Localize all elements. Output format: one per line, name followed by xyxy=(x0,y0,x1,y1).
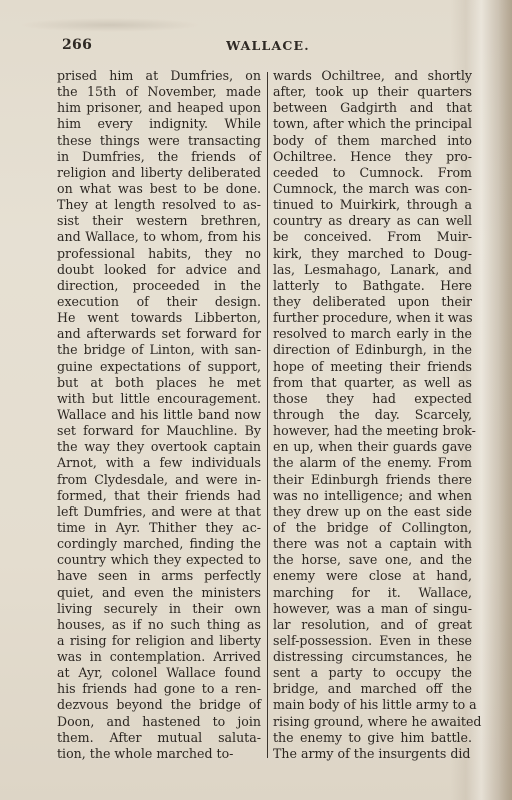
text-line: cordingly marched, finding the xyxy=(57,536,261,552)
text-line: there was not a captain with xyxy=(273,536,472,552)
text-line: The army of the insurgents did xyxy=(273,746,472,762)
text-line: rising ground, where he awaited xyxy=(273,714,472,730)
text-line: set forward for Mauchline. By xyxy=(57,423,261,439)
text-line: hope of meeting their friends xyxy=(273,359,472,375)
text-line: country which they expected to xyxy=(57,552,261,568)
text-line: living securely in their own xyxy=(57,601,261,617)
text-line: tinued to Muirkirk, through a xyxy=(273,197,472,213)
text-line: latterly to Bathgate. Here xyxy=(273,278,472,294)
text-line: self-possession. Even in these xyxy=(273,633,472,649)
text-line: wards Ochiltree, and shortly xyxy=(273,68,472,84)
text-line: through the day. Scarcely, xyxy=(273,407,472,423)
text-line: dezvous beyond the bridge of xyxy=(57,697,261,713)
text-line: the alarm of the enemy. From xyxy=(273,455,472,471)
text-line: religion and liberty deliberated xyxy=(57,165,261,181)
page-smudge xyxy=(20,18,200,32)
text-line: him every indignity. While xyxy=(57,116,261,132)
text-line: formed, that their friends had xyxy=(57,488,261,504)
column-divider xyxy=(267,72,268,758)
text-line: doubt looked for advice and xyxy=(57,262,261,278)
text-line: bridge, and marched off the xyxy=(273,681,472,697)
text-line: houses, as if no such thing as xyxy=(57,617,261,633)
text-line: from that quarter, as well as xyxy=(273,375,472,391)
text-line: but at both places he met xyxy=(57,375,261,391)
text-line: sist their western brethren, xyxy=(57,213,261,229)
text-line: they drew up on the east side xyxy=(273,504,472,520)
text-line: the enemy to give him battle. xyxy=(273,730,472,746)
text-line: the way they overtook captain xyxy=(57,439,261,455)
text-line: the 15th of November, made xyxy=(57,84,261,100)
text-line: main body of his little army to a xyxy=(273,697,472,713)
text-line: marching for it. Wallace, xyxy=(273,585,472,601)
text-line: was no intelligence; and when xyxy=(273,488,472,504)
text-line: professional habits, they no xyxy=(57,246,261,262)
text-line: body of them marched into xyxy=(273,133,472,149)
page-header: 266 WALLACE. xyxy=(62,37,474,57)
text-line: between Gadgirth and that xyxy=(273,100,472,116)
text-line: tion, the whole marched to- xyxy=(57,746,261,762)
text-line: these things were transacting xyxy=(57,133,261,149)
text-line: enemy were close at hand, xyxy=(273,568,472,584)
text-line: left Dumfries, and were at that xyxy=(57,504,261,520)
running-title: WALLACE. xyxy=(62,38,474,53)
text-line: quiet, and even the ministers xyxy=(57,585,261,601)
text-line: country as dreary as can well xyxy=(273,213,472,229)
text-line: on what was best to be done. xyxy=(57,181,261,197)
text-line: They at length resolved to as- xyxy=(57,197,261,213)
text-line: Ochiltree. Hence they pro- xyxy=(273,149,472,165)
text-line: have seen in arms perfectly xyxy=(57,568,261,584)
text-line: however, was a man of singu- xyxy=(273,601,472,617)
text-line: him prisoner, and heaped upon xyxy=(57,100,261,116)
text-line: lar resolution, and of great xyxy=(273,617,472,633)
text-line: however, had the meeting brok- xyxy=(273,423,472,439)
right-text-column: wards Ochiltree, and shortlyafter, took … xyxy=(273,68,472,762)
text-line: He went towards Libberton, xyxy=(57,310,261,326)
text-line: kirk, they marched to Doug- xyxy=(273,246,472,262)
text-line: Cumnock, the march was con- xyxy=(273,181,472,197)
text-line: resolved to march early in the xyxy=(273,326,472,342)
text-line: town, after which the principal xyxy=(273,116,472,132)
text-line: Wallace and his little band now xyxy=(57,407,261,423)
text-line: further procedure, when it was xyxy=(273,310,472,326)
text-line: and Wallace, to whom, from his xyxy=(57,229,261,245)
text-line: and afterwards set forward for xyxy=(57,326,261,342)
text-line: those they had expected xyxy=(273,391,472,407)
text-line: the bridge of Linton, with san- xyxy=(57,342,261,358)
text-line: ceeded to Cumnock. From xyxy=(273,165,472,181)
left-text-column: prised him at Dumfries, onthe 15th of No… xyxy=(57,68,261,762)
text-line: with but little encouragement. xyxy=(57,391,261,407)
text-line: in Dumfries, the friends of xyxy=(57,149,261,165)
text-line: Arnot, with a few individuals xyxy=(57,455,261,471)
text-line: after, took up their quarters xyxy=(273,84,472,100)
text-line: of the bridge of Collington, xyxy=(273,520,472,536)
text-line: a rising for religion and liberty xyxy=(57,633,261,649)
text-line: was in contemplation. Arrived xyxy=(57,649,261,665)
text-line: en up, when their guards gave xyxy=(273,439,472,455)
book-page: 266 WALLACE. prised him at Dumfries, ont… xyxy=(0,0,512,800)
binding-edge-shadow xyxy=(498,0,512,800)
text-line: guine expectations of support, xyxy=(57,359,261,375)
text-line: their Edinburgh friends there xyxy=(273,472,472,488)
text-line: sent a party to occupy the xyxy=(273,665,472,681)
text-line: prised him at Dumfries, on xyxy=(57,68,261,84)
text-line: from Clydesdale, and were in- xyxy=(57,472,261,488)
text-line: time in Ayr. Thither they ac- xyxy=(57,520,261,536)
text-line: the horse, save one, and the xyxy=(273,552,472,568)
text-line: distressing circumstances, he xyxy=(273,649,472,665)
text-line: his friends had gone to a ren- xyxy=(57,681,261,697)
text-line: direction, proceeded in the xyxy=(57,278,261,294)
text-line: be conceived. From Muir- xyxy=(273,229,472,245)
text-line: they deliberated upon their xyxy=(273,294,472,310)
text-line: them. After mutual saluta- xyxy=(57,730,261,746)
text-line: las, Lesmahago, Lanark, and xyxy=(273,262,472,278)
text-line: Doon, and hastened to join xyxy=(57,714,261,730)
text-line: direction of Edinburgh, in the xyxy=(273,342,472,358)
text-line: execution of their design. xyxy=(57,294,261,310)
text-line: at Ayr, colonel Wallace found xyxy=(57,665,261,681)
